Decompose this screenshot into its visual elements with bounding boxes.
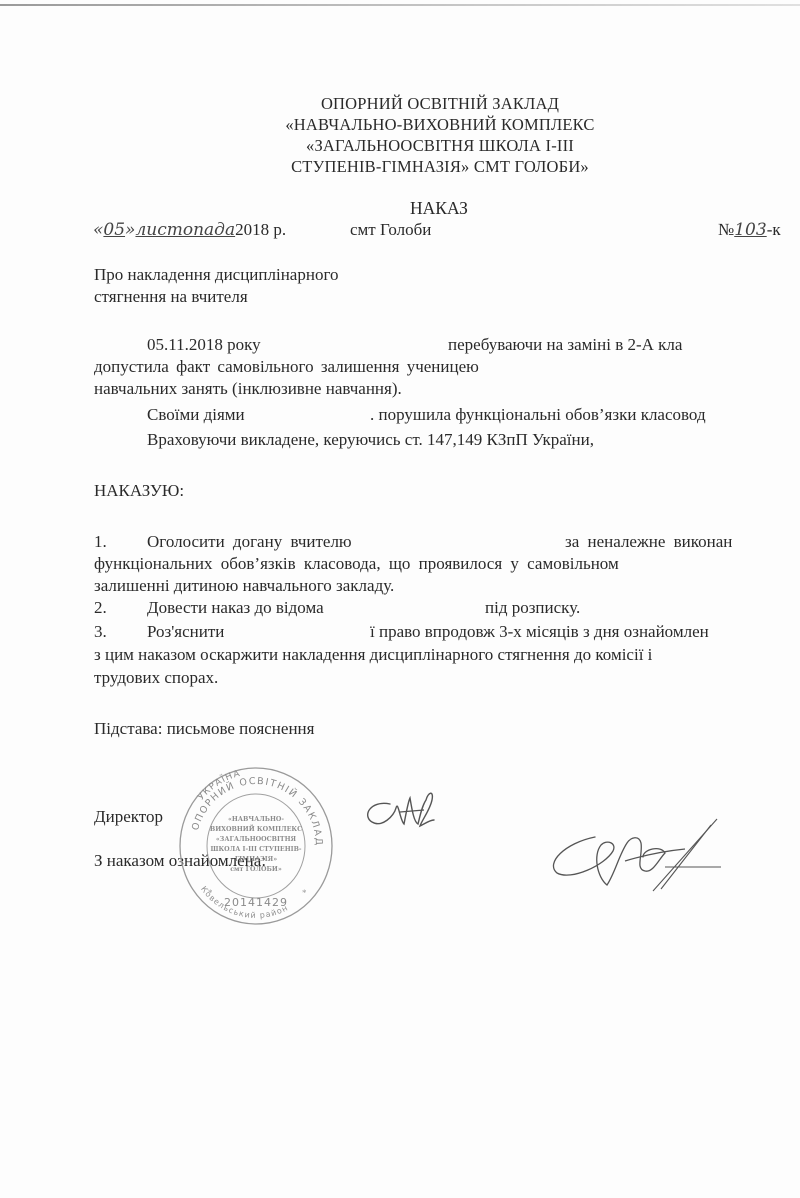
decree-item-1-num: 1. [94,532,107,552]
body-p2-end: . порушила функціональні обов’язки класо… [370,405,706,425]
decree-item-2-num: 2. [94,598,107,618]
svg-text:«НАВЧАЛЬНО-: «НАВЧАЛЬНО- [228,816,284,823]
subject-line-1: Про накладення дисциплінарного [94,265,339,285]
decree-item-1-start: Оголосити догану вчителю [147,532,352,552]
body-p3: Враховуючи викладене, керуючись ст. 147,… [147,430,594,450]
body-p1-line3: навчальних занять (інклюзивне навчання). [94,379,402,399]
director-signature [360,786,440,836]
official-stamp: УКРАЇНА ОПОРНИЙ ОСВІТНІЙ ЗАКЛАД Ковельсь… [178,766,334,926]
stamp-center-text: «НАВЧАЛЬНО- ВИХОВНИЙ КОМПЛЕКС «ЗАГАЛЬНОО… [210,816,302,873]
svg-text:смт ГОЛОБИ»: смт ГОЛОБИ» [230,866,282,873]
order-place: смт Голоби [350,220,431,240]
date-month: листопада [135,220,235,240]
svg-text:ВИХОВНИЙ КОМПЛЕКС: ВИХОВНИЙ КОМПЛЕКС [210,825,302,833]
employee-signature [535,815,725,895]
date-year: 2018 р. [235,220,286,239]
decree-item-2-end: під розписку. [485,598,580,618]
decree-item-3-line2: з цим наказом оскаржити накладення дисци… [94,645,652,665]
decree-item-3-start: Роз'яснити [147,622,224,642]
decree-item-2-start: Довести наказ до відома [147,598,324,618]
org-name-line-3: «ЗАГАЛЬНООСВІТНЯ ШКОЛА І-ІІІ [0,136,800,156]
svg-text:*: * [302,888,307,898]
svg-text:ШКОЛА І-ІІІ СТУПЕНІВ-: ШКОЛА І-ІІІ СТУПЕНІВ- [210,846,301,853]
decree-item-3-end: ї право впродовж 3-х місяців з дня ознай… [370,622,709,642]
body-p1-end: перебуваючи на заміні в 2-А кла [448,335,682,355]
subject-line-2: стягнення на вчителя [94,287,248,307]
svg-text:*: * [208,888,213,898]
decree-item-1-end: за неналежне виконан [565,532,732,552]
order-number: №103-к [718,220,781,240]
svg-text:ГІМНАЗІЯ»: ГІМНАЗІЯ» [235,856,277,863]
number-value: 103 [734,220,766,240]
decree-item-3-line3: трудових спорах. [94,668,218,688]
decree-label: НАКАЗУЮ: [94,481,184,501]
order-title: НАКАЗ [410,198,468,218]
body-p2-start: Своїми діями [147,405,245,425]
director-label: Директор [94,807,163,827]
body-p1-line2: допустила факт самовільного залишення уч… [94,357,479,377]
scan-edge [0,4,800,6]
org-name-line-2: «НАВЧАЛЬНО-ВИХОВНИЙ КОМПЛЕКС [0,115,800,135]
order-date: «05»листопада2018 р. [93,220,286,240]
decree-item-3-num: 3. [94,622,107,642]
org-name-line-4: СТУПЕНІВ-ГІМНАЗІЯ» СМТ ГОЛОБИ» [0,157,800,177]
date-day: 05 [103,220,125,240]
decree-item-1-line3: залишенні дитиною навчального закладу. [94,576,394,596]
org-name-line-1: ОПОРНИЙ ОСВІТНІЙ ЗАКЛАД [0,94,800,114]
basis-text: Підстава: письмове пояснення [94,719,314,739]
stamp-code: 20141429 [224,896,288,909]
body-p1-start: 05.11.2018 року [147,335,261,355]
svg-text:«ЗАГАЛЬНООСВІТНЯ: «ЗАГАЛЬНООСВІТНЯ [216,836,297,843]
decree-item-1-line2: функціональних обов’язків класовода, що … [94,554,619,574]
